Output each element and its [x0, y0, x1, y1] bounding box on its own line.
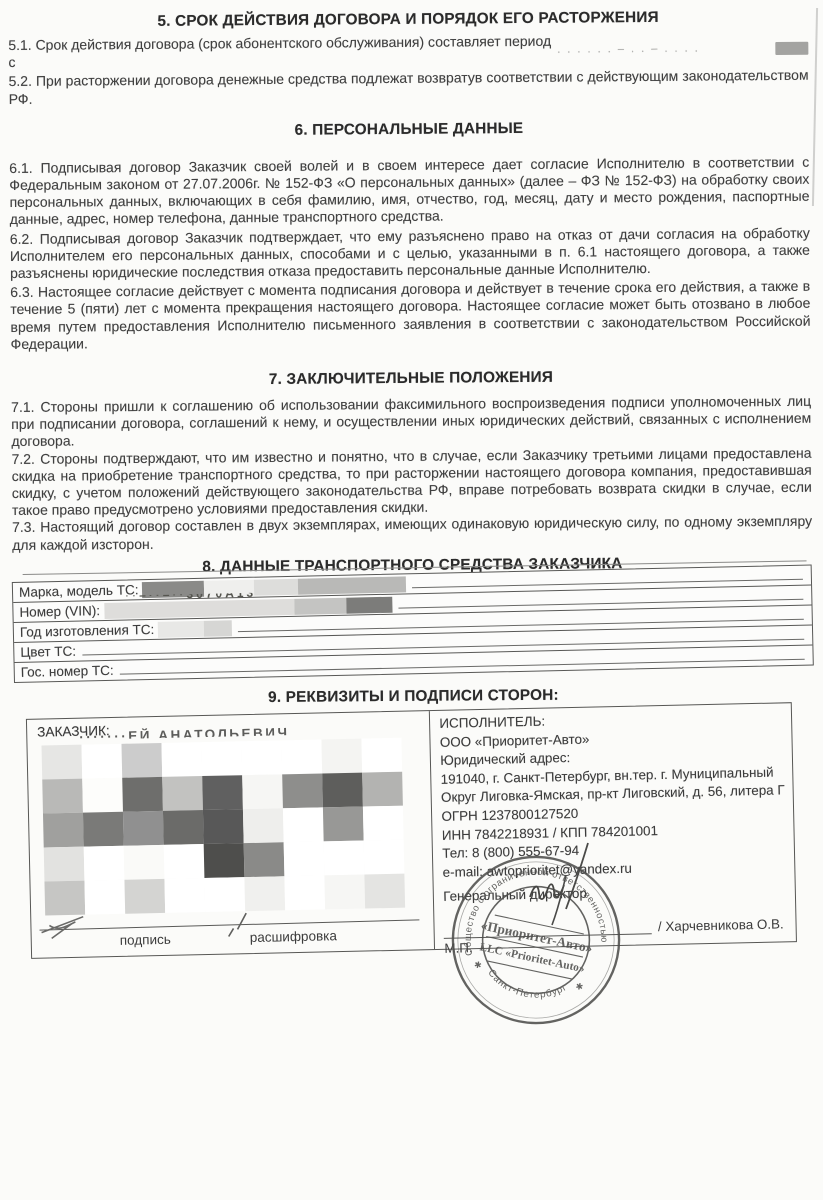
svg-text:Санкт-Петербург: Санкт-Петербург — [482, 966, 571, 1009]
mosaic-cell — [324, 840, 365, 875]
scan-artifact-line — [812, 8, 818, 206]
vehicle-plate-label: Гос. номер ТС: — [21, 663, 114, 680]
vehicle-data-table: Марка, модель ТС: ··–··–··3070А13 Номер … — [12, 564, 814, 682]
redaction-block — [104, 598, 294, 618]
clause-7-1: 7.1. Стороны пришли к соглашению об испо… — [11, 393, 811, 451]
mosaic-cell — [241, 740, 282, 775]
redaction-block — [294, 597, 346, 614]
mosaic-cell — [161, 742, 202, 777]
mosaic-cell — [162, 776, 203, 811]
clause-5-1-text: 5.1. Срок действия договора (срок абонен… — [8, 33, 551, 72]
vehicle-make-label: Марка, модель ТС: — [19, 582, 139, 600]
clause-5-1: 5.1. Срок действия договора (срок абонен… — [8, 31, 808, 72]
director-name: / Харчевникова О.В. — [658, 916, 784, 934]
stamp-star-left: ✱ — [473, 959, 482, 970]
mosaic-cell — [244, 876, 285, 911]
mosaic-cell — [122, 777, 163, 812]
mosaic-cell — [44, 881, 85, 916]
redaction-block — [158, 620, 204, 637]
mosaic-cell — [284, 841, 325, 876]
mosaic-cell — [84, 846, 125, 881]
vehicle-year-label: Год изготовления ТС: — [20, 622, 155, 640]
customer-signature-line — [40, 919, 420, 930]
mosaic-cell — [202, 775, 243, 810]
stamp-ring-bottom-text: Санкт-Петербург — [482, 966, 571, 1009]
mosaic-cell — [84, 880, 125, 915]
redaction-block — [142, 580, 204, 597]
mosaic-cell — [324, 874, 365, 909]
redaction-block — [204, 579, 254, 596]
redaction-mosaic — [41, 738, 405, 916]
customer-cell: ЗАКАЗЧИК: ·······ЕЙ АНАТОЛЬЕВИЧ подпись … — [27, 711, 435, 958]
mosaic-cell — [164, 844, 205, 879]
redaction-block — [298, 576, 406, 594]
stamp-star-right: ✱ — [575, 981, 584, 992]
name-caption: расшифровка — [250, 928, 337, 945]
mosaic-cell — [83, 812, 124, 847]
mosaic-cell — [322, 772, 363, 807]
mosaic-cell — [204, 877, 245, 912]
mosaic-cell — [204, 843, 245, 878]
mosaic-cell — [364, 840, 405, 875]
mosaic-cell — [321, 738, 362, 773]
mosaic-cell — [281, 739, 322, 774]
clause-7-2: 7.2. Стороны подтверждают, что им извест… — [11, 444, 812, 519]
redaction-block — [254, 578, 298, 595]
mosaic-cell — [323, 806, 364, 841]
clause-7-3: 7.3. Настоящий договор составлен в двух … — [12, 513, 812, 554]
mosaic-cell — [282, 773, 323, 808]
clause-6-3: 6.3. Настоящее согласие действует с моме… — [10, 278, 811, 353]
mosaic-cell — [364, 874, 405, 909]
redaction-box — [775, 41, 808, 54]
company-round-stamp: Общество с ограниченной ответственностью… — [430, 834, 641, 1045]
redaction-mosaic-strip — [158, 620, 232, 638]
mosaic-cell — [242, 774, 283, 809]
mosaic-cell — [244, 842, 285, 877]
clause-5-2: 5.2. При расторжении договора денежные с… — [9, 67, 809, 108]
clause-6-1: 6.1. Подписывая договор Заказчик своей в… — [9, 154, 810, 229]
mosaic-cell — [201, 741, 242, 776]
mosaic-cell — [284, 875, 325, 910]
mosaic-cell — [82, 778, 123, 813]
mosaic-cell — [163, 810, 204, 845]
redaction-block — [346, 596, 392, 613]
clause-5-1-dotted-fill: . . . . . . – . . – . . . . — [557, 40, 697, 58]
mosaic-cell — [43, 813, 84, 848]
vehicle-color-label: Цвет ТС: — [20, 643, 76, 659]
parties-table: ЗАКАЗЧИК: ·······ЕЙ АНАТОЛЬЕВИЧ подпись … — [26, 702, 797, 959]
mosaic-cell — [124, 879, 165, 914]
mosaic-cell — [283, 807, 324, 842]
mosaic-cell — [362, 772, 403, 807]
mosaic-cell — [361, 738, 402, 773]
vehicle-vin-label: Номер (VIN): — [19, 603, 100, 620]
mosaic-cell — [203, 809, 244, 844]
mosaic-cell — [81, 744, 122, 779]
signature-caption: подпись — [120, 932, 171, 948]
mosaic-cell — [164, 878, 205, 913]
mosaic-cell — [41, 745, 82, 780]
mosaic-cell — [243, 808, 284, 843]
mosaic-cell — [44, 847, 85, 882]
section5-title: 5. СРОК ДЕЙСТВИЯ ДОГОВОРА И ПОРЯДОК ЕГО … — [8, 8, 808, 32]
scanned-contract-page: 5. СРОК ДЕЙСТВИЯ ДОГОВОРА И ПОРЯДОК ЕГО … — [0, 0, 823, 1200]
clause-6-2: 6.2. Подписывая договор Заказчик подтвер… — [10, 224, 810, 282]
section7-title: 7. ЗАКЛЮЧИТЕЛЬНЫЕ ПОЛОЖЕНИЯ — [11, 367, 811, 391]
mosaic-cell — [124, 845, 165, 880]
section6-title: 6. ПЕРСОНАЛЬНЫЕ ДАННЫЕ — [9, 118, 809, 142]
redaction-block — [204, 620, 232, 637]
mosaic-cell — [123, 811, 164, 846]
mosaic-cell — [121, 743, 162, 778]
mosaic-cell — [363, 806, 404, 841]
document-body: 5. СРОК ДЕЙСТВИЯ ДОГОВОРА И ПОРЯДОК ЕГО … — [8, 2, 815, 959]
mosaic-cell — [42, 779, 83, 814]
